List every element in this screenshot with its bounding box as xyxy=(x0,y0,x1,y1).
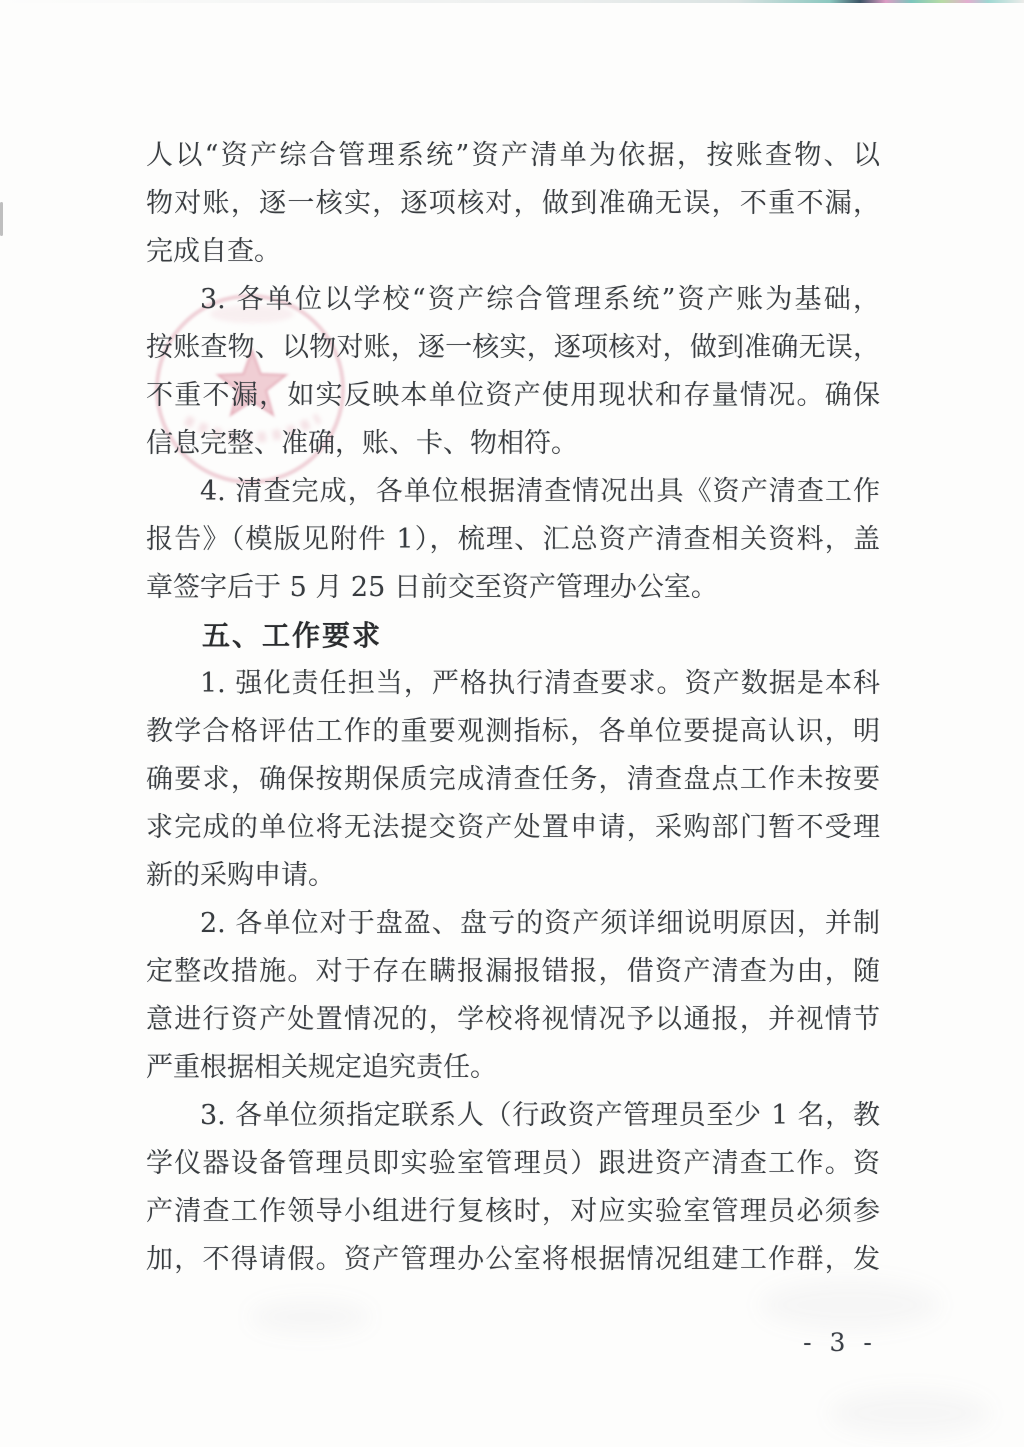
body-text-line: 教学合格评估工作的重要观测指标，各单位要提高认识，明 xyxy=(146,708,880,756)
section-heading: 五、工作要求 xyxy=(146,612,880,660)
scan-smudge xyxy=(830,1390,990,1436)
body-text-line: 定整改措施。对于存在瞒报漏报错报，借资产清查为由，随 xyxy=(146,948,880,996)
body-text-line: 新的采购申请。 xyxy=(146,852,880,900)
body-text-line: 意进行资产处置情况的，学校将视情况予以通报，并视情节 xyxy=(146,996,880,1044)
body-text-line: 信息完整、准确，账、卡、物相符。 xyxy=(146,420,880,468)
body-text-line: 确要求，确保按期保质完成清查任务，清查盘点工作未按要 xyxy=(146,756,880,804)
body-text-line: 按账查物、以物对账，逐一核实，逐项核对，做到准确无误， xyxy=(146,324,880,372)
body-text-line: 学仪器设备管理员即实验室管理员）跟进资产清查工作。资 xyxy=(146,1140,880,1188)
body-text-line: 2. 各单位对于盘盈、盘亏的资产须详细说明原因，并制 xyxy=(146,900,880,948)
body-text-line: 人以“资产综合管理系统”资产清单为依据，按账查物、以 xyxy=(146,132,880,180)
body-text-line: 3. 各单位须指定联系人（行政资产管理员至少 1 名，教 xyxy=(146,1092,880,1140)
scan-artifact-left-edge xyxy=(0,202,3,236)
scan-smudge xyxy=(760,1280,940,1330)
body-text-line: 1. 强化责任担当，严格执行清查要求。资产数据是本科 xyxy=(146,660,880,708)
body-text-line: 报告》（模版见附件 1），梳理、汇总资产清查相关资料，盖 xyxy=(146,516,880,564)
body-text-line: 章签字后于 5 月 25 日前交至资产管理办公室。 xyxy=(146,564,880,612)
scan-artifact-top-edge xyxy=(0,0,1024,3)
body-text-line: 求完成的单位将无法提交资产处置申请，采购部门暂不受理 xyxy=(146,804,880,852)
page-number: - 3 - xyxy=(790,1328,890,1357)
scanned-document-page: 人以“资产综合管理系统”资产清单为依据，按账查物、以 物对账，逐一核实，逐项核对… xyxy=(0,0,1024,1447)
scan-smudge xyxy=(250,1300,370,1334)
body-text-line: 3. 各单位以学校“资产综合管理系统”资产账为基础， xyxy=(146,276,880,324)
body-text-line: 完成自查。 xyxy=(146,228,880,276)
document-body: 人以“资产综合管理系统”资产清单为依据，按账查物、以 物对账，逐一核实，逐项核对… xyxy=(146,132,880,1284)
body-text-line: 产清查工作领导小组进行复核时，对应实验室管理员必须参 xyxy=(146,1188,880,1236)
body-text-line: 严重根据相关规定追究责任。 xyxy=(146,1044,880,1092)
body-text-line: 不重不漏，如实反映本单位资产使用现状和存量情况。确保 xyxy=(146,372,880,420)
body-text-line: 4. 清查完成，各单位根据清查情况出具《资产清查工作 xyxy=(146,468,880,516)
body-text-line: 物对账，逐一核实，逐项核对，做到准确无误，不重不漏， xyxy=(146,180,880,228)
body-text-line: 加，不得请假。资产管理办公室将根据情况组建工作群，发 xyxy=(146,1236,880,1284)
